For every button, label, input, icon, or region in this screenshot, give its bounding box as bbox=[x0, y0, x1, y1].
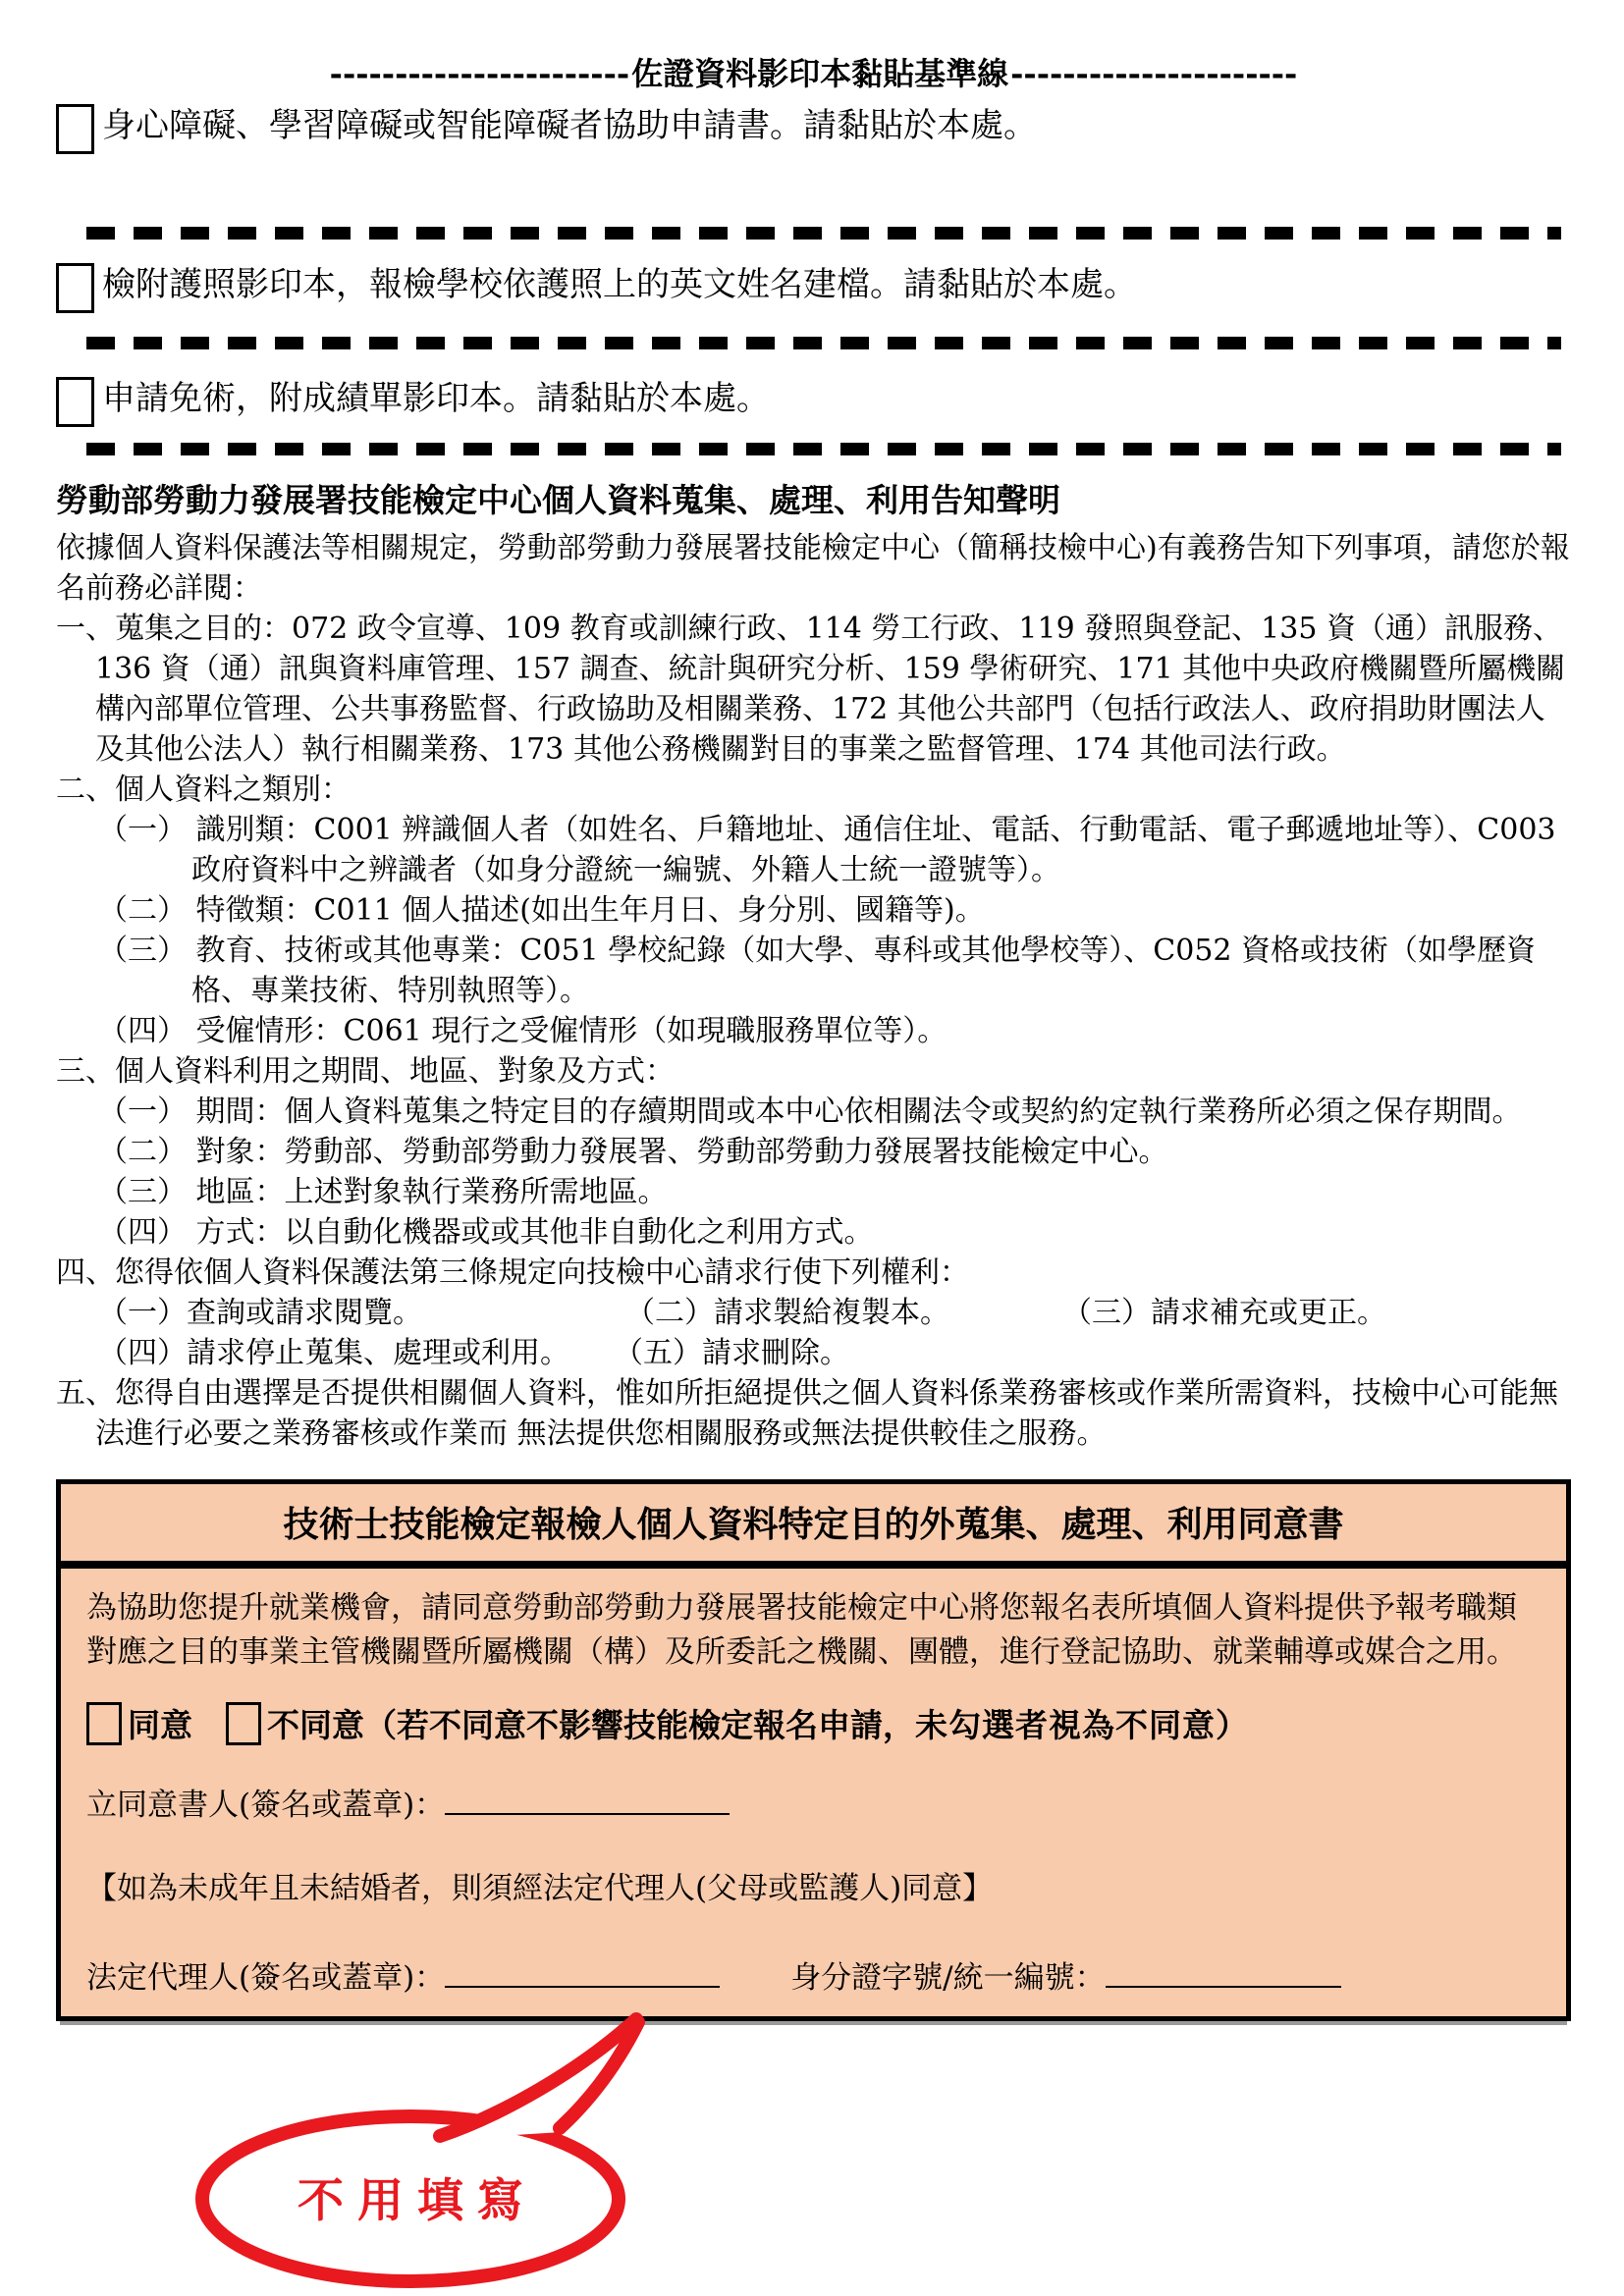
notice-item-2-3: （三） 教育、技術或其他專業：C051 學校紀錄（如大學、專科或其他學校等）、C… bbox=[56, 931, 1571, 1011]
signer-row: 立同意書人(簽名或蓋章)： bbox=[86, 1780, 1541, 1824]
bubble-tail-mask bbox=[437, 2017, 636, 2140]
page-content: -----------------------佐證資料影印本黏貼基準線-----… bbox=[0, 0, 1624, 2021]
notice-item-4-rights-row1: （一）查詢或請求閱覽。 （二）請求製給複製本。 （三）請求補充或更正。 bbox=[98, 1293, 1571, 1333]
document-page: -----------------------佐證資料影印本黏貼基準線-----… bbox=[0, 0, 1624, 2296]
checkbox-passport-copy[interactable] bbox=[56, 263, 94, 313]
paste-item-passport-label: 檢附護照影印本，報檢學校依護照上的英文姓名建檔。請黏貼於本處。 bbox=[102, 261, 1137, 308]
notice-item-2-2: （二） 特徵類：C011 個人描述(如出生年月日、身分別、國籍等)。 bbox=[56, 890, 1571, 931]
paste-item-exemption: 申請免術，附成績單影印本。請黏貼於本處。 bbox=[56, 375, 1571, 427]
minor-note: 【如為未成年且未結婚者，則須經法定代理人(父母或監護人)同意】 bbox=[86, 1863, 1541, 1907]
item-label: 五、 bbox=[56, 1376, 115, 1411]
paste-separator bbox=[86, 443, 1561, 455]
notice-item-2: 二、個人資料之類別： bbox=[56, 770, 1571, 810]
notice-item-5: 五、您得自由選擇是否提供相關個人資料，惟如所拒絕提供之個人資料係業務審核或作業所… bbox=[56, 1373, 1571, 1454]
bubble-ellipse-icon bbox=[202, 2116, 619, 2281]
consent-title: 技術士技能檢定報檢人個人資料特定目的外蒐集、處理、利用同意書 bbox=[61, 1484, 1566, 1569]
item-text: 蒐集之目的：072 政令宣導、109 教育或訓練行政、114 勞工行政、119 … bbox=[95, 612, 1565, 767]
paste-item-passport: 檢附護照影印本，報檢學校依護照上的英文姓名建檔。請黏貼於本處。 bbox=[56, 261, 1571, 313]
checkbox-disability-assist[interactable] bbox=[56, 104, 94, 154]
notice-item-4-rights-row2: （四）請求停止蒐集、處理或利用。 （五）請求刪除。 bbox=[98, 1333, 1571, 1373]
signer-label: 立同意書人(簽名或蓋章)： bbox=[86, 1788, 445, 1823]
item-text: 個人資料之類別： bbox=[115, 773, 351, 807]
paste-separator bbox=[86, 227, 1561, 240]
item-text: 識別類：C001 辨識個人者（如姓名、戶籍地址、通信住址、電話、行動電話、電子郵… bbox=[191, 813, 1556, 887]
item-text: 您得自由選擇是否提供相關個人資料，惟如所拒絕提供之個人資料係業務審核或作業所需資… bbox=[95, 1376, 1558, 1451]
paste-separator bbox=[86, 337, 1561, 349]
item-label: （三） bbox=[98, 934, 187, 968]
notice-item-3-2: （二） 對象：勞動部、勞動部勞動力發展署、勞動部勞動力發展署技能檢定中心。 bbox=[56, 1132, 1571, 1172]
legal-rep-row: 法定代理人(簽名或蓋章)： 身分證字號/統一編號： bbox=[86, 1952, 1541, 1997]
checkbox-exemption-transcript[interactable] bbox=[56, 377, 94, 427]
item-text: 個人資料利用之期間、地區、對象及方式： bbox=[115, 1054, 675, 1089]
baseline-dashes-right: ---------------------- bbox=[1010, 55, 1297, 92]
consent-body: 為協助您提升就業機會，請同意勞動部勞動力發展署技能檢定中心將您報名表所填個人資料… bbox=[86, 1586, 1541, 1675]
item-label: （一） bbox=[98, 813, 187, 847]
item-text: 特徵類：C011 個人描述(如出生年月日、身分別、國籍等)。 bbox=[196, 893, 985, 928]
consent-form-box: 技術士技能檢定報檢人個人資料特定目的外蒐集、處理、利用同意書 為協助您提升就業機… bbox=[56, 1479, 1571, 2021]
right-1: （一）查詢或請求閱覽。 bbox=[98, 1293, 625, 1333]
item-label: 三、 bbox=[56, 1054, 115, 1089]
item-text: 對象：勞動部、勞動部勞動力發展署、勞動部勞動力發展署技能檢定中心。 bbox=[196, 1135, 1168, 1169]
notice-item-3-3: （三） 地區：上述對象執行業務所需地區。 bbox=[56, 1172, 1571, 1212]
item-label: （三） bbox=[98, 1175, 187, 1209]
disagree-label: 不同意 bbox=[267, 1700, 364, 1746]
item-text: 期間：個人資料蒐集之特定目的存續期間或本中心依相關法令或契約約定執行業務所必須之… bbox=[196, 1095, 1522, 1129]
item-text: 地區：上述對象執行業務所需地區。 bbox=[196, 1175, 668, 1209]
id-number-field[interactable] bbox=[1106, 1955, 1341, 1988]
notice-intro: 依據個人資料保護法等相關規定，勞動部勞動力發展署技能檢定中心（簡稱技檢中心)有義… bbox=[56, 528, 1571, 609]
choice-note-bold: 未勾選者視為不同意 bbox=[915, 1700, 1216, 1746]
item-label: （二） bbox=[98, 1135, 187, 1169]
notice-item-2-1: （一） 識別類：C001 辨識個人者（如姓名、戶籍地址、通信住址、電話、行動電話… bbox=[56, 810, 1571, 890]
bubble-text: 不用填寫 bbox=[298, 2174, 537, 2228]
notice-item-3-4: （四） 方式：以自動化機器或或其他非自動化之利用方式。 bbox=[56, 1212, 1571, 1253]
notice-item-3: 三、個人資料利用之期間、地區、對象及方式： bbox=[56, 1051, 1571, 1092]
item-label: （一） bbox=[98, 1095, 187, 1129]
notice-item-4: 四、您得依個人資料保護法第三條規定向技檢中心請求行使下列權利： bbox=[56, 1253, 1571, 1293]
right-3: （三）請求補充或更正。 bbox=[1062, 1293, 1386, 1333]
choice-note-open: （若不同意不影響技能檢定報名申請， bbox=[364, 1700, 915, 1746]
item-label: 四、 bbox=[56, 1255, 115, 1290]
paste-item-disability: 身心障礙、學習障礙或智能障礙者協助申請書。請黏貼於本處。 bbox=[56, 102, 1571, 154]
notice-item-1: 一、蒐集之目的：072 政令宣導、109 教育或訓練行政、114 勞工行政、11… bbox=[56, 609, 1571, 770]
notice-item-2-4: （四） 受僱情形：C061 現行之受僱情形（如現職服務單位等）。 bbox=[56, 1011, 1571, 1051]
right-4: （四）請求停止蒐集、處理或利用。 bbox=[98, 1333, 614, 1373]
bubble-tail-right-stroke bbox=[560, 2022, 638, 2128]
legal-rep-label: 法定代理人(簽名或蓋章)： bbox=[86, 1952, 445, 1997]
choice-note-close: ） bbox=[1216, 1700, 1248, 1746]
paste-item-disability-label: 身心障礙、學習障礙或智能障礙者協助申請書。請黏貼於本處。 bbox=[102, 102, 1037, 149]
item-text: 受僱情形：C061 現行之受僱情形（如現職服務單位等）。 bbox=[196, 1014, 947, 1048]
item-label: （四） bbox=[98, 1014, 187, 1048]
item-label: （二） bbox=[98, 893, 187, 928]
paste-baseline-line: -----------------------佐證資料影印本黏貼基準線-----… bbox=[56, 49, 1571, 94]
paste-item-exemption-label: 申請免術，附成績單影印本。請黏貼於本處。 bbox=[102, 375, 770, 422]
checkbox-agree[interactable] bbox=[86, 1702, 122, 1745]
item-text: 您得依個人資料保護法第三條規定向技檢中心請求行使下列權利： bbox=[115, 1255, 969, 1290]
checkbox-disagree[interactable] bbox=[226, 1702, 261, 1745]
bubble-tail-left-stroke bbox=[440, 2019, 636, 2136]
right-5: （五）請求刪除。 bbox=[614, 1333, 1051, 1373]
item-label: 二、 bbox=[56, 773, 115, 807]
item-label: （四） bbox=[98, 1215, 187, 1250]
consent-inner: 為協助您提升就業機會，請同意勞動部勞動力發展署技能檢定中心將您報名表所填個人資料… bbox=[61, 1569, 1566, 2016]
consent-choice-row: 同意 不同意 （若不同意不影響技能檢定報名申請，未勾選者視為不同意） bbox=[86, 1700, 1541, 1746]
notice-item-3-1: （一） 期間：個人資料蒐集之特定目的存續期間或本中心依相關法令或契約約定執行業務… bbox=[56, 1092, 1571, 1132]
item-text: 教育、技術或其他專業：C051 學校紀錄（如大學、專科或其他學校等）、C052 … bbox=[191, 934, 1536, 1008]
id-number-label: 身分證字號/統一編號： bbox=[790, 1952, 1105, 1997]
item-text: 方式：以自動化機器或或其他非自動化之利用方式。 bbox=[196, 1215, 874, 1250]
baseline-label: 佐證資料影印本黏貼基準線 bbox=[629, 55, 1010, 92]
agree-label: 同意 bbox=[128, 1700, 192, 1746]
right-2: （二）請求製給複製本。 bbox=[625, 1293, 1062, 1333]
baseline-dashes-left: ----------------------- bbox=[330, 55, 629, 92]
legal-rep-signature-field[interactable] bbox=[445, 1955, 720, 1988]
item-label: 一、 bbox=[56, 612, 115, 646]
notice-heading: 勞動部勞動力發展署技能檢定中心個人資料蒐集、處理、利用告知聲明 bbox=[56, 479, 1571, 522]
signer-signature-field[interactable] bbox=[445, 1783, 730, 1815]
